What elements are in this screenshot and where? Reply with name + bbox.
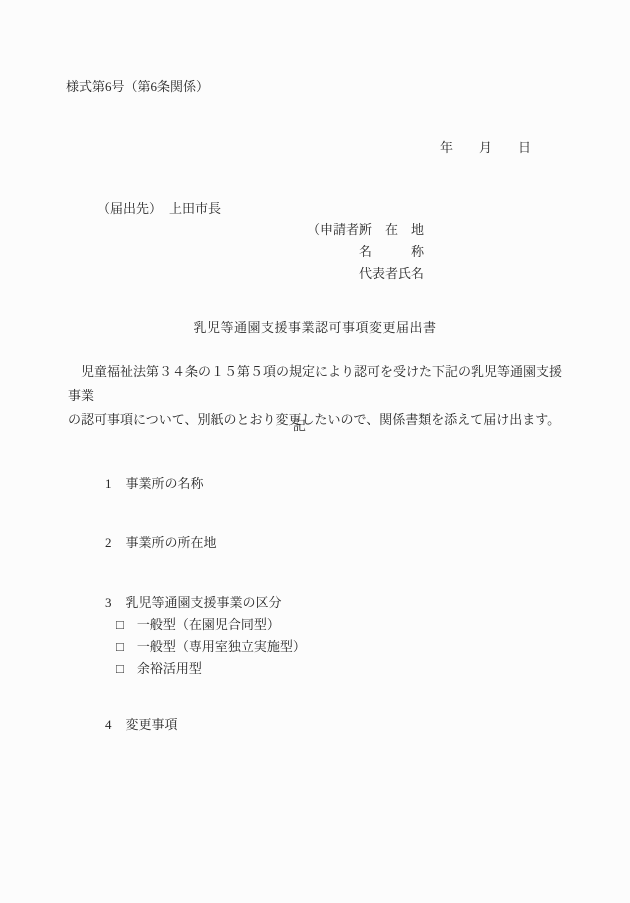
item-label: 変更事項 <box>126 717 178 732</box>
item-number: 1 <box>105 475 112 493</box>
category-option-surplus-utilization: □余裕活用型 <box>103 642 202 696</box>
applicant-field-name: 名 称 <box>359 243 424 261</box>
ki-marker: 記 <box>293 417 306 435</box>
item-label: 事業所の名称 <box>126 476 204 491</box>
body-paragraph: 児童福祉法第３４条の１５第５項の規定により認可を受けた下記の乳児等通園支援事業 … <box>68 360 568 432</box>
recipient-label: （届出先） <box>97 201 162 216</box>
date-line: 年 月 日 <box>440 139 531 157</box>
recipient-line: （届出先）上田市長 <box>84 182 221 236</box>
item-business-address: 2事業所の所在地 <box>92 516 217 570</box>
document-title: 乳児等通園支援事業認可事項変更届出書 <box>0 319 630 337</box>
form-number: 様式第6号（第6条関係） <box>66 78 209 96</box>
applicant-field-representative: 代表者氏名 <box>359 265 424 283</box>
body-paragraph-line: の認可事項について、別紙のとおり変更したいので、関係書類を添えて届け出ます。 <box>68 408 568 432</box>
item-change-details: 4変更事項 <box>92 698 178 752</box>
item-number: 4 <box>105 716 112 734</box>
document-page: 様式第6号（第6条関係） 年 月 日 （届出先）上田市長 （申請者） 所 在 地… <box>0 0 630 903</box>
item-business-name: 1事業所の名称 <box>92 457 204 511</box>
recipient-name: 上田市長 <box>169 201 221 216</box>
body-paragraph-line: 児童福祉法第３４条の１５第５項の規定により認可を受けた下記の乳児等通園支援事業 <box>68 360 568 408</box>
checkbox-icon: □ <box>116 660 124 678</box>
applicant-field-address: 所 在 地 <box>359 221 424 239</box>
item-label: 事業所の所在地 <box>126 535 217 550</box>
option-label: 余裕活用型 <box>137 661 202 676</box>
item-number: 2 <box>105 534 112 552</box>
